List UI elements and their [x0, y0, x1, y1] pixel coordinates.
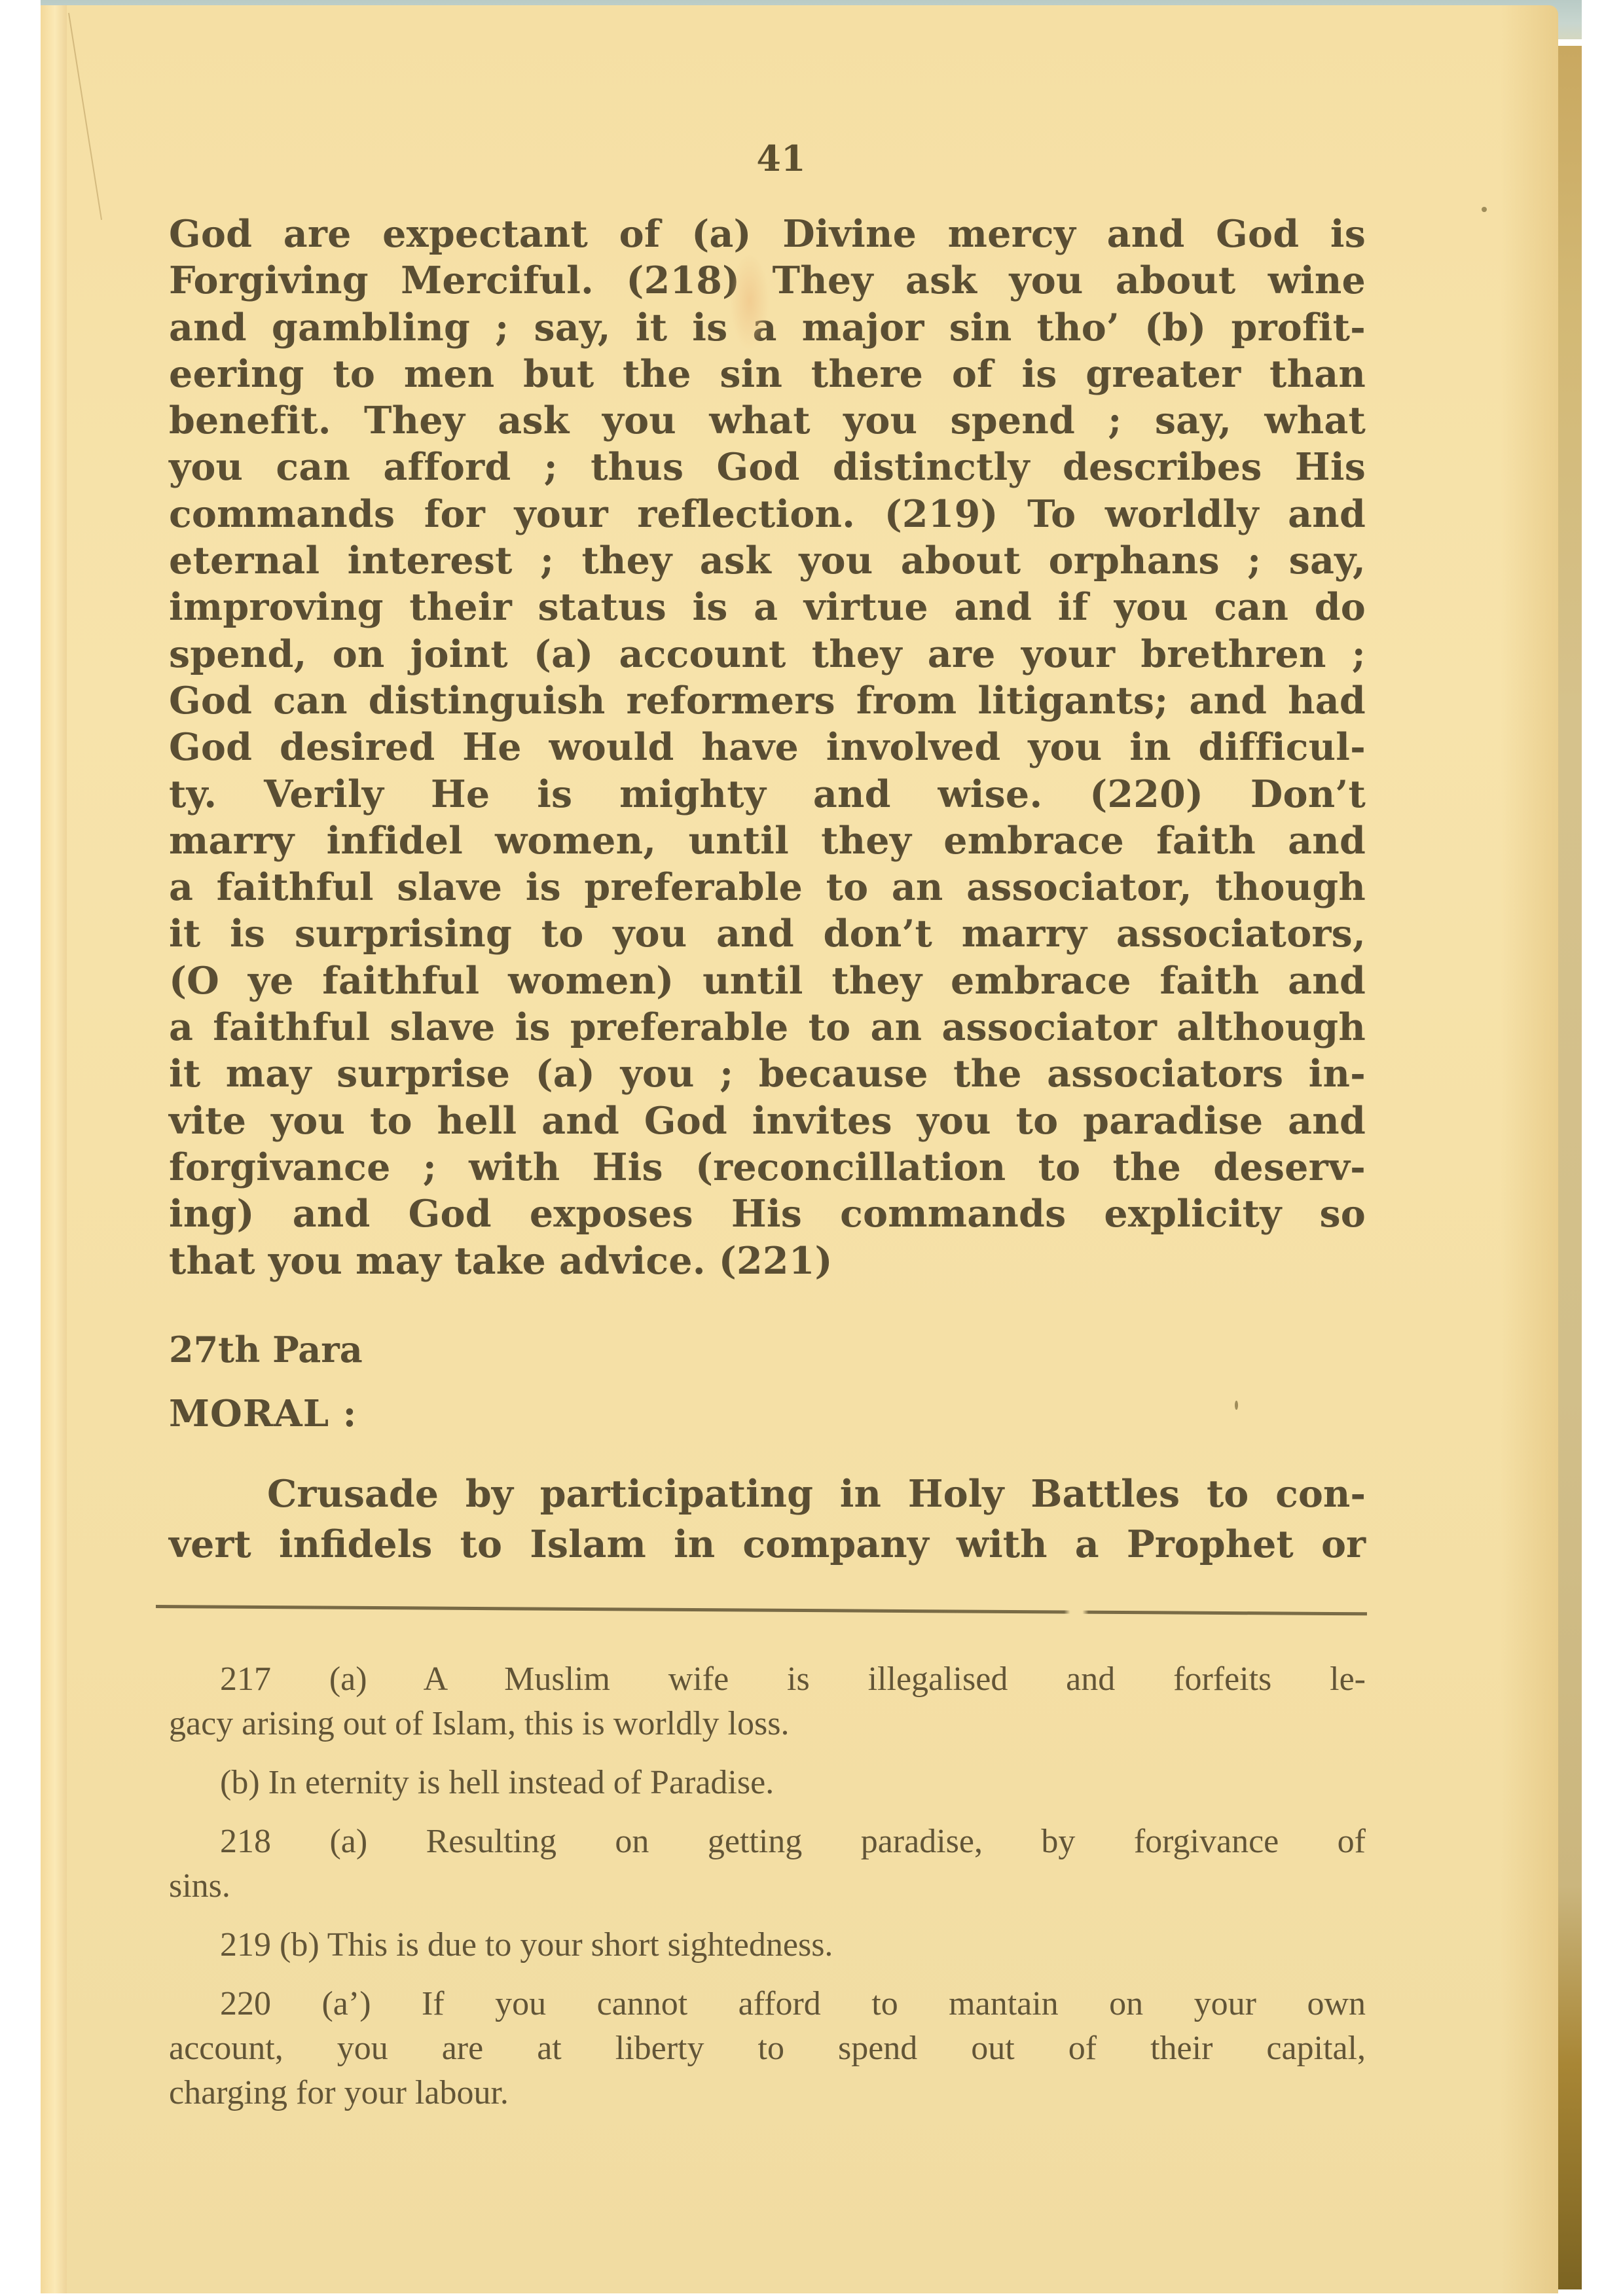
body-line: commands for your reflection. (219) To w… — [169, 491, 1366, 537]
body-line: benefit. They ask you what you spend ; s… — [169, 397, 1366, 444]
moral-line: vert infidels to Islam in company with a… — [169, 1519, 1366, 1570]
para-label: 27th Para — [169, 1329, 363, 1371]
footnote-line: 219 (b) This is due to your short sighte… — [169, 1923, 1366, 1967]
footnote-220a: 220 (a’) If you cannot afford to mantain… — [169, 1982, 1366, 2115]
body-line: and gambling ; say, it is a major sin th… — [169, 304, 1366, 351]
footnotes: 217 (a) A Muslim wife is illegalised and… — [169, 1657, 1366, 2130]
body-line: it is surprising to you and don’t marry … — [169, 910, 1366, 957]
paper-speck — [1482, 207, 1487, 212]
body-line: spend, on joint (a) account they are you… — [169, 631, 1366, 677]
footnote-line: 217 (a) A Muslim wife is illegalised and… — [169, 1657, 1366, 1702]
scanned-page: 41 God are expectant of (a) Divine mercy… — [0, 0, 1623, 2296]
body-line: ing) and God exposes His commands explic… — [169, 1191, 1366, 1237]
body-line: forgivance ; with His (reconcillation to… — [169, 1144, 1366, 1191]
footnote-219b: 219 (b) This is due to your short sighte… — [169, 1923, 1366, 1967]
body-line: marry infidel women, until they embrace … — [169, 817, 1366, 864]
body-line: a faithful slave is preferable to an ass… — [169, 1004, 1366, 1050]
body-line: it may surprise (a) you ; because the as… — [169, 1050, 1366, 1097]
footnote-line: (b) In eternity is hell instead of Parad… — [169, 1761, 1366, 1805]
footnote-217b: (b) In eternity is hell instead of Parad… — [169, 1761, 1366, 1805]
body-line: God desired He would have involved you i… — [169, 724, 1366, 770]
moral-text: Crusade by participating in Holy Battles… — [169, 1469, 1366, 1570]
body-line: eering to men but the sin there of is gr… — [169, 351, 1366, 397]
body-line: God are expectant of (a) Divine mercy an… — [169, 211, 1366, 257]
body-line: (O ye faithful women) until they embrace… — [169, 958, 1366, 1004]
body-line: you can afford ; thus God distinctly des… — [169, 444, 1366, 490]
body-line: vite you to hell and God invites you to … — [169, 1098, 1366, 1144]
body-line: improving their status is a virtue and i… — [169, 584, 1366, 630]
page-number: 41 — [748, 137, 814, 179]
body-text: God are expectant of (a) Divine mercy an… — [169, 211, 1366, 1284]
footnote-217a: 217 (a) A Muslim wife is illegalised and… — [169, 1657, 1366, 1746]
footnote-line: 220 (a’) If you cannot afford to mantain… — [169, 1982, 1366, 2026]
moral-heading: MORAL : — [169, 1392, 357, 1435]
body-line: God can distinguish reformers from litig… — [169, 677, 1366, 724]
body-line: a faithful slave is preferable to an ass… — [169, 864, 1366, 910]
footnote-line: charging for your labour. — [169, 2071, 1366, 2115]
footnote-line: account, you are at liberty to spend out… — [169, 2026, 1366, 2071]
body-line: that you may take advice. (221) — [169, 1238, 1366, 1284]
page-gutter — [41, 5, 67, 2293]
footnote-line: sins. — [169, 1864, 1366, 1909]
body-line: Forgiving Merciful. (218) They ask you a… — [169, 257, 1366, 304]
footnote-218a: 218 (a) Resulting on getting paradise, b… — [169, 1820, 1366, 1909]
footnote-line: 218 (a) Resulting on getting paradise, b… — [169, 1820, 1366, 1864]
body-line: ty. Verily He is mighty and wise. (220) … — [169, 771, 1366, 817]
paper-speck — [1235, 1401, 1238, 1410]
moral-line: Crusade by participating in Holy Battles… — [169, 1469, 1366, 1519]
footnote-line: gacy arising out of Islam, this is world… — [169, 1702, 1366, 1746]
body-line: eternal interest ; they ask you about or… — [169, 537, 1366, 584]
